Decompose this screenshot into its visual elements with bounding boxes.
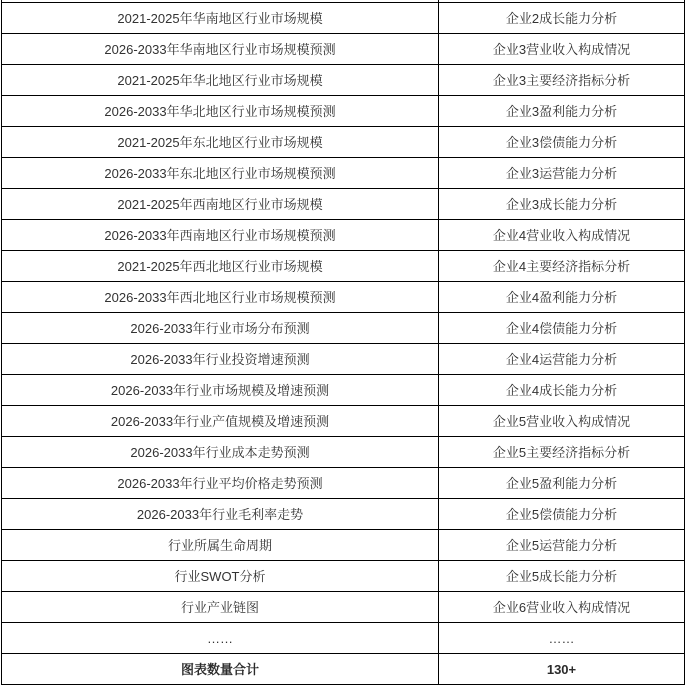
- table-row: 2021-2025年东北地区行业市场规模企业3偿债能力分析: [2, 127, 684, 158]
- catalog-cell-right: 130+: [439, 654, 684, 684]
- catalog-cell-left: 2026-2033年西北地区行业市场规模预测: [2, 282, 439, 312]
- table-row: 2026-2033年西南地区行业市场规模预测企业4营业收入构成情况: [2, 220, 684, 251]
- catalog-cell-left: 2021-2025年华南地区行业市场规模: [2, 3, 439, 33]
- catalog-cell-right: 企业5运营能力分析: [439, 530, 684, 560]
- catalog-cell-right: 企业3偿债能力分析: [439, 127, 684, 157]
- catalog-cell-right: 企业4营业收入构成情况: [439, 220, 684, 250]
- catalog-cell-right: 企业5偿债能力分析: [439, 499, 684, 529]
- table-row: 2026-2033年行业产值规模及增速预测企业5营业收入构成情况: [2, 406, 684, 437]
- catalog-cell-left: 2026-2033年行业毛利率走势: [2, 499, 439, 529]
- table-row: 行业产业链图企业6营业收入构成情况: [2, 592, 684, 623]
- catalog-cell-right: 企业4成长能力分析: [439, 375, 684, 405]
- catalog-cell-right: 企业5主要经济指标分析: [439, 437, 684, 467]
- table-row: 2026-2033年西北地区行业市场规模预测企业4盈利能力分析: [2, 282, 684, 313]
- catalog-cell-right: 企业5营业收入构成情况: [439, 406, 684, 436]
- catalog-cell-left: 2026-2033年行业产值规模及增速预测: [2, 406, 439, 436]
- catalog-cell-left: ……: [2, 623, 439, 653]
- table-row: 2021-2025年西南地区行业市场规模企业3成长能力分析: [2, 189, 684, 220]
- table-row: 2026-2033年行业市场规模及增速预测企业4成长能力分析: [2, 375, 684, 406]
- table-row: 2026-2033年行业投资增速预测企业4运营能力分析: [2, 344, 684, 375]
- catalog-cell-right: 企业3运营能力分析: [439, 158, 684, 188]
- screenshot-canvas: 2021-2025年华南地区行业市场规模企业2成长能力分析2026-2033年华…: [0, 0, 692, 692]
- catalog-cell-right: ……: [439, 623, 684, 653]
- table-row: 2026-2033年行业毛利率走势企业5偿债能力分析: [2, 499, 684, 530]
- report-chart-catalog-table: 2021-2025年华南地区行业市场规模企业2成长能力分析2026-2033年华…: [1, 2, 685, 685]
- catalog-cell-left: 2021-2025年西南地区行业市场规模: [2, 189, 439, 219]
- catalog-cell-right: 企业4偿债能力分析: [439, 313, 684, 343]
- table-row: 2021-2025年西北地区行业市场规模企业4主要经济指标分析: [2, 251, 684, 282]
- catalog-cell-right: 企业5盈利能力分析: [439, 468, 684, 498]
- table-row: 2021-2025年华南地区行业市场规模企业2成长能力分析: [2, 3, 684, 34]
- catalog-cell-left: 2021-2025年华北地区行业市场规模: [2, 65, 439, 95]
- catalog-cell-left: 行业所属生命周期: [2, 530, 439, 560]
- catalog-cell-left: 2021-2025年西北地区行业市场规模: [2, 251, 439, 281]
- catalog-cell-right: 企业2成长能力分析: [439, 3, 684, 33]
- catalog-cell-left: 2026-2033年行业市场分布预测: [2, 313, 439, 343]
- catalog-cell-left: 行业产业链图: [2, 592, 439, 622]
- catalog-cell-right: 企业4运营能力分析: [439, 344, 684, 374]
- table-row: 2026-2033年行业成本走势预测企业5主要经济指标分析: [2, 437, 684, 468]
- catalog-cell-right: 企业6营业收入构成情况: [439, 592, 684, 622]
- catalog-cell-right: 企业5成长能力分析: [439, 561, 684, 591]
- table-row: 2026-2033年行业平均价格走势预测企业5盈利能力分析: [2, 468, 684, 499]
- table-row: 2021-2025年华北地区行业市场规模企业3主要经济指标分析: [2, 65, 684, 96]
- catalog-cell-left: 2026-2033年华南地区行业市场规模预测: [2, 34, 439, 64]
- table-row: 行业所属生命周期企业5运营能力分析: [2, 530, 684, 561]
- catalog-cell-left: 2026-2033年西南地区行业市场规模预测: [2, 220, 439, 250]
- table-row: 2026-2033年华南地区行业市场规模预测企业3营业收入构成情况: [2, 34, 684, 65]
- catalog-cell-left: 行业SWOT分析: [2, 561, 439, 591]
- catalog-cell-left: 2021-2025年东北地区行业市场规模: [2, 127, 439, 157]
- catalog-cell-left: 2026-2033年东北地区行业市场规模预测: [2, 158, 439, 188]
- catalog-cell-right: 企业3营业收入构成情况: [439, 34, 684, 64]
- catalog-cell-right: 企业3成长能力分析: [439, 189, 684, 219]
- catalog-cell-left: 2026-2033年行业投资增速预测: [2, 344, 439, 374]
- catalog-cell-left: 图表数量合计: [2, 654, 439, 684]
- table-row: 图表数量合计130+: [2, 654, 684, 684]
- table-row: 2026-2033年华北地区行业市场规模预测企业3盈利能力分析: [2, 96, 684, 127]
- catalog-cell-right: 企业4盈利能力分析: [439, 282, 684, 312]
- catalog-cell-left: 2026-2033年行业成本走势预测: [2, 437, 439, 467]
- table-row: …………: [2, 623, 684, 654]
- table-row: 2026-2033年东北地区行业市场规模预测企业3运营能力分析: [2, 158, 684, 189]
- catalog-cell-left: 2026-2033年华北地区行业市场规模预测: [2, 96, 439, 126]
- table-row: 2026-2033年行业市场分布预测企业4偿债能力分析: [2, 313, 684, 344]
- catalog-cell-right: 企业3主要经济指标分析: [439, 65, 684, 95]
- catalog-cell-right: 企业3盈利能力分析: [439, 96, 684, 126]
- catalog-cell-left: 2026-2033年行业平均价格走势预测: [2, 468, 439, 498]
- catalog-cell-right: 企业4主要经济指标分析: [439, 251, 684, 281]
- table-row: 行业SWOT分析企业5成长能力分析: [2, 561, 684, 592]
- catalog-cell-left: 2026-2033年行业市场规模及增速预测: [2, 375, 439, 405]
